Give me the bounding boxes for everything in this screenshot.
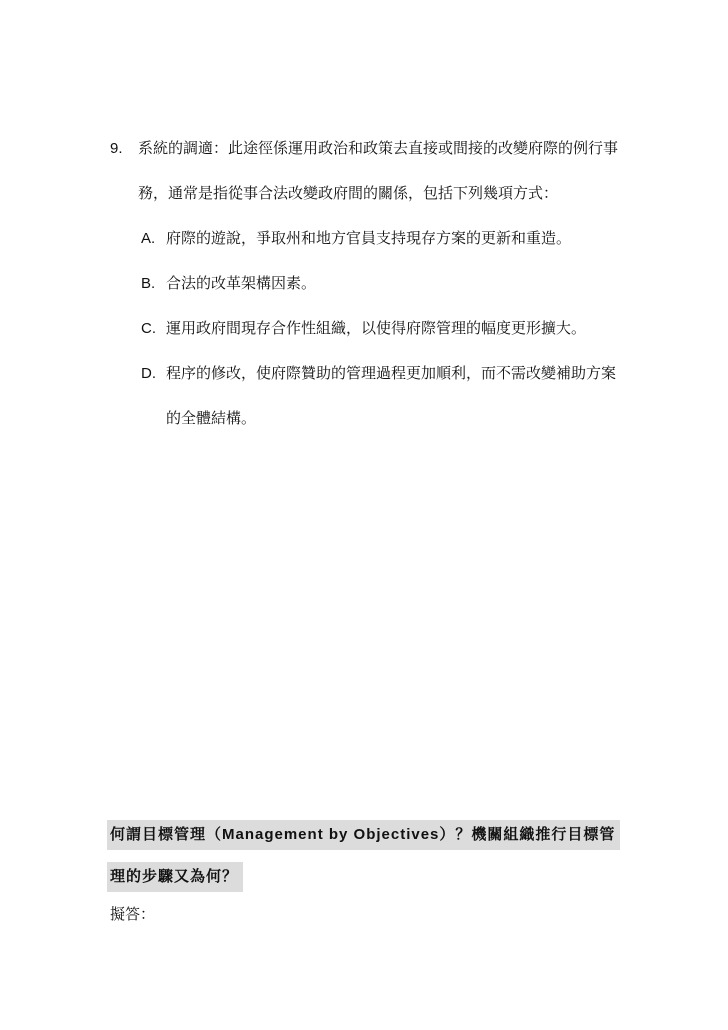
essay-question-line-1: 何謂目標管理（Management by Objectives）？機關組織推行目… (107, 820, 620, 850)
question-number: 9. (110, 126, 138, 216)
option-d-text: 程序的修改，使府際贊助的管理過程更加順利，而不需改變補助方案的全體結構。 (166, 351, 624, 441)
option-c: C. 運用政府間現存合作性組織，以使得府際管理的幅度更形擴大。 (141, 306, 624, 351)
answer-label: 擬答： (110, 900, 155, 930)
question-text: 系統的調適：此途徑係運用政治和政策去直接或間接的改變府際的例行事務，通常是指從事… (138, 126, 624, 216)
option-a-text: 府際的遊說，爭取州和地方官員支持現存方案的更新和重造。 (166, 216, 624, 261)
question-9-stem: 9. 系統的調適：此途徑係運用政治和政策去直接或間接的改變府際的例行事務，通常是… (110, 126, 624, 216)
essay-question-line-2: 理的步驟又為何？ (107, 862, 243, 892)
option-b-label: B. (141, 261, 166, 306)
document-page: 9. 系統的調適：此途徑係運用政治和政策去直接或間接的改變府際的例行事務，通常是… (0, 0, 728, 1030)
option-c-label: C. (141, 306, 166, 351)
option-b: B. 合法的改革架構因素。 (141, 261, 624, 306)
option-d: D. 程序的修改，使府際贊助的管理過程更加順利，而不需改變補助方案的全體結構。 (141, 351, 624, 441)
option-d-label: D. (141, 351, 166, 441)
option-a: A. 府際的遊說，爭取州和地方官員支持現存方案的更新和重造。 (141, 216, 624, 261)
question-9: 9. 系統的調適：此途徑係運用政治和政策去直接或間接的改變府際的例行事務，通常是… (110, 126, 624, 441)
option-c-text: 運用政府間現存合作性組織，以使得府際管理的幅度更形擴大。 (166, 306, 624, 351)
option-a-label: A. (141, 216, 166, 261)
option-b-text: 合法的改革架構因素。 (166, 261, 624, 306)
